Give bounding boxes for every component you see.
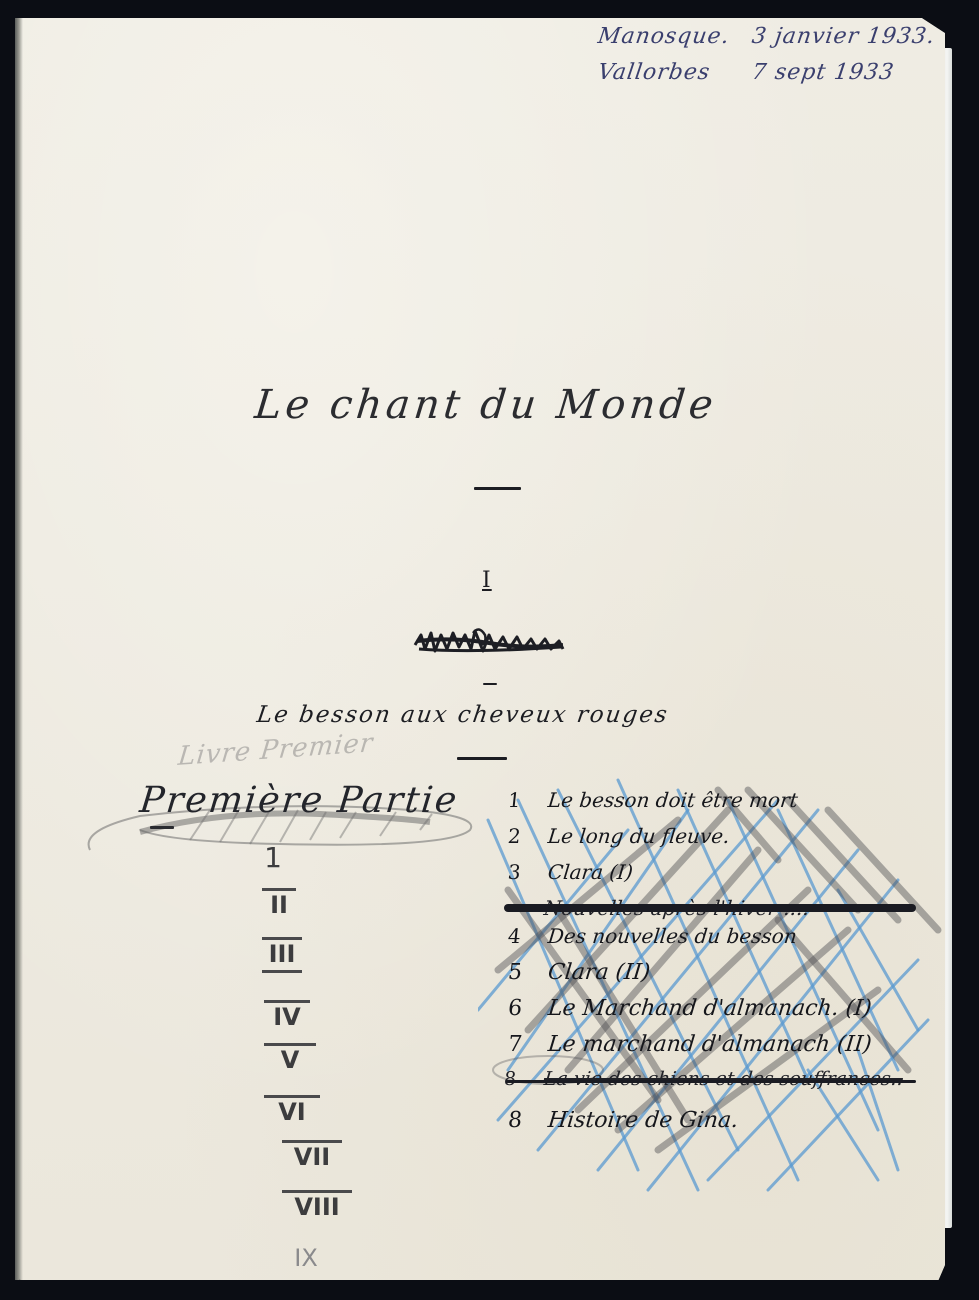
- toc-strikeout-bar-1: [504, 904, 916, 912]
- toc-item-text: Le long du fleuve.: [547, 824, 731, 848]
- chapter-numeral-1: 1: [258, 842, 288, 872]
- manuscript-title: Le chant du Monde: [253, 382, 720, 428]
- separator-dash-1: [474, 487, 521, 490]
- toc-item-text: Le Marchand d'almanach. (I): [547, 996, 873, 1021]
- header-note-place-1: Manosque.: [596, 24, 731, 49]
- separator-dash-3: [457, 757, 507, 760]
- separator-dash-2: [483, 683, 497, 685]
- toc-item-text: Des nouvelles du besson: [547, 924, 798, 948]
- toc-item-number: 5: [507, 960, 550, 985]
- chapter-numeral-3: III: [262, 937, 302, 973]
- chapter-numeral-9: IX: [286, 1244, 326, 1270]
- toc-item-text: Histoire de Gina.: [547, 1108, 740, 1133]
- toc-item-struck-2: 8La vie des chiens et des souffrances..: [503, 1068, 904, 1090]
- struck-heading-scribble: [413, 627, 565, 657]
- toc-item-number: 8: [507, 1108, 550, 1133]
- header-note-place-2: Vallorbes: [596, 60, 712, 85]
- toc-strikeout-bar-2: [506, 1080, 916, 1083]
- toc-item-3: 3Clara (I): [507, 860, 635, 884]
- subtitle: Le besson aux cheveux rouges: [255, 702, 670, 728]
- header-note-date-1: 3 janvier 1933.: [750, 24, 937, 49]
- toc-item-text: Clara (II): [547, 960, 652, 985]
- chapter-numeral-5: V: [264, 1043, 316, 1072]
- toc-item-8: 8Histoire de Gina.: [507, 1108, 740, 1133]
- toc-item-2: 2Le long du fleuve.: [507, 824, 731, 848]
- pencil-heading: Première Partie: [138, 780, 461, 821]
- toc-item-5: 5Clara (II): [507, 960, 652, 985]
- toc-item-text: La vie des chiens et des souffrances..: [543, 1068, 904, 1090]
- toc-item-number: 2: [507, 824, 550, 848]
- part-numeral: I: [482, 568, 492, 593]
- toc-item-text: Le marchand d'almanach (II): [547, 1032, 873, 1057]
- toc-item-number: 4: [507, 924, 550, 948]
- chapter-numeral-7: VII: [282, 1140, 342, 1169]
- toc-item-1: 1Le besson doit être mort: [507, 788, 799, 812]
- header-note-date-2: 7 sept 1933: [750, 60, 896, 85]
- toc-item-6: 6Le Marchand d'almanach. (I): [507, 996, 873, 1021]
- chapter-numeral-8: VIII: [282, 1190, 352, 1219]
- toc-item-7: 7Le marchand d'almanach (II): [507, 1032, 873, 1057]
- chapter-numeral-4: IV: [264, 1000, 310, 1029]
- toc-item-number: 1: [507, 788, 550, 812]
- chapter-numeral-2: II: [262, 888, 296, 917]
- toc-item-text: Clara (I): [547, 860, 635, 884]
- pencil-heading-underline: [150, 826, 174, 829]
- toc-item-number: 3: [507, 860, 550, 884]
- toc-item-number: 8: [503, 1068, 545, 1090]
- chapter-numeral-6: VI: [264, 1095, 320, 1124]
- toc-item-4: 4Des nouvelles du besson: [507, 924, 798, 948]
- toc-item-number: 6: [507, 996, 550, 1021]
- toc-item-number: 7: [507, 1032, 550, 1057]
- binding-edge: [15, 18, 23, 1280]
- toc-item-text: Le besson doit être mort: [547, 788, 799, 812]
